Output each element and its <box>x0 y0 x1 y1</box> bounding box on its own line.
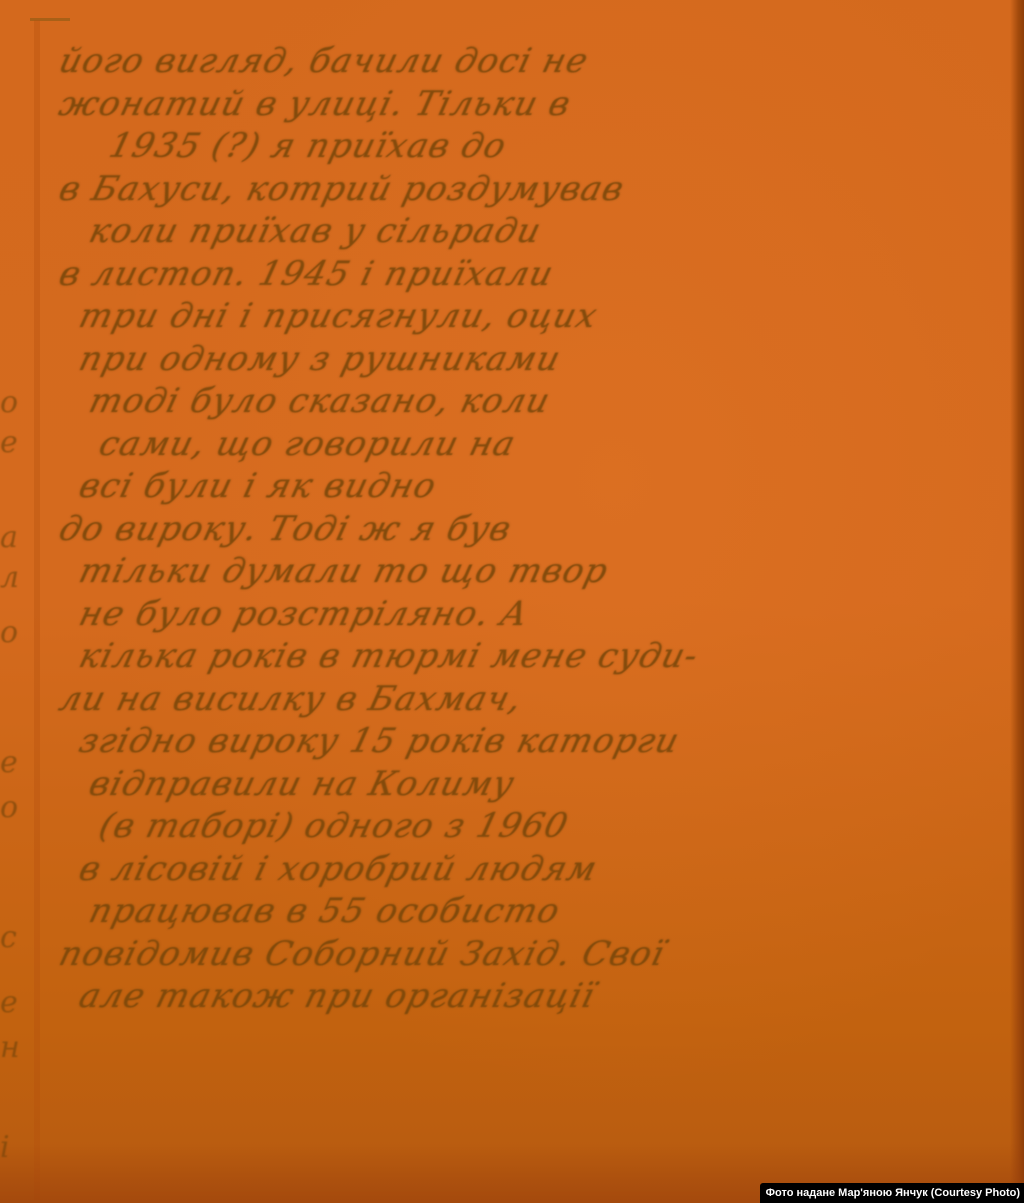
margin-fragment: е <box>0 985 18 1020</box>
handwritten-line: але також при організації <box>55 975 966 1018</box>
margin-fragment: о <box>0 615 18 650</box>
handwritten-line: в листоп. 1945 і приїхали <box>55 253 966 296</box>
page-margin-fold <box>34 20 40 1200</box>
handwritten-line: в лісовій і хоробрий людям <box>55 848 966 891</box>
margin-fragment: о <box>0 385 18 420</box>
handwritten-line: згідно вироку 15 років каторги <box>55 720 966 763</box>
handwritten-line: ли на висилку в Бахмач, <box>55 678 966 721</box>
handwritten-line: 1935 (?) я приїхав до <box>55 125 966 168</box>
margin-fragment: л <box>0 560 19 595</box>
handwritten-line: кілька років в тюрмі мене суди- <box>55 635 966 678</box>
handwritten-line: всі були і як видно <box>55 465 966 508</box>
photo-credit-caption: Фото надане Мар'яною Янчук (Courtesy Pho… <box>760 1183 1024 1203</box>
handwritten-line: повідомив Соборний Захід. Свої <box>55 933 966 976</box>
handwritten-line: при одному з рушниками <box>55 338 966 381</box>
handwritten-line: в Бахуси, котрий роздумував <box>55 168 966 211</box>
page-right-edge <box>1010 0 1024 1203</box>
handwritten-line: три дні і присягнули, оцих <box>55 295 966 338</box>
margin-fragment: с <box>0 920 17 955</box>
handwritten-line: жонатий в улиці. Тільки в <box>55 83 966 126</box>
margin-fragment: а <box>0 520 18 555</box>
handwritten-line: коли приїхав у сільради <box>55 210 966 253</box>
handwritten-line: не було розстріляно. А <box>55 593 966 636</box>
handwritten-line: (в таборі) одного з 1960 <box>55 805 966 848</box>
handwritten-line: тоді було сказано, коли <box>55 380 966 423</box>
handwritten-line: тільки думали то що твор <box>55 550 966 593</box>
margin-fragment: е <box>0 425 18 460</box>
handwritten-line: відправили на Колиму <box>55 763 966 806</box>
margin-fragment: н <box>0 1030 20 1065</box>
handwritten-line: до вироку. Тоді ж я був <box>55 508 966 551</box>
margin-fragment: о <box>0 790 18 825</box>
handwritten-text: його вигляд, бачили досі не жонатий в ул… <box>60 40 960 1018</box>
handwritten-line: його вигляд, бачили досі не <box>55 40 966 83</box>
handwritten-line: працював в 55 особисто <box>55 890 966 933</box>
margin-fragment: е <box>0 745 18 780</box>
handwritten-line: сами, що говорили на <box>55 423 966 466</box>
